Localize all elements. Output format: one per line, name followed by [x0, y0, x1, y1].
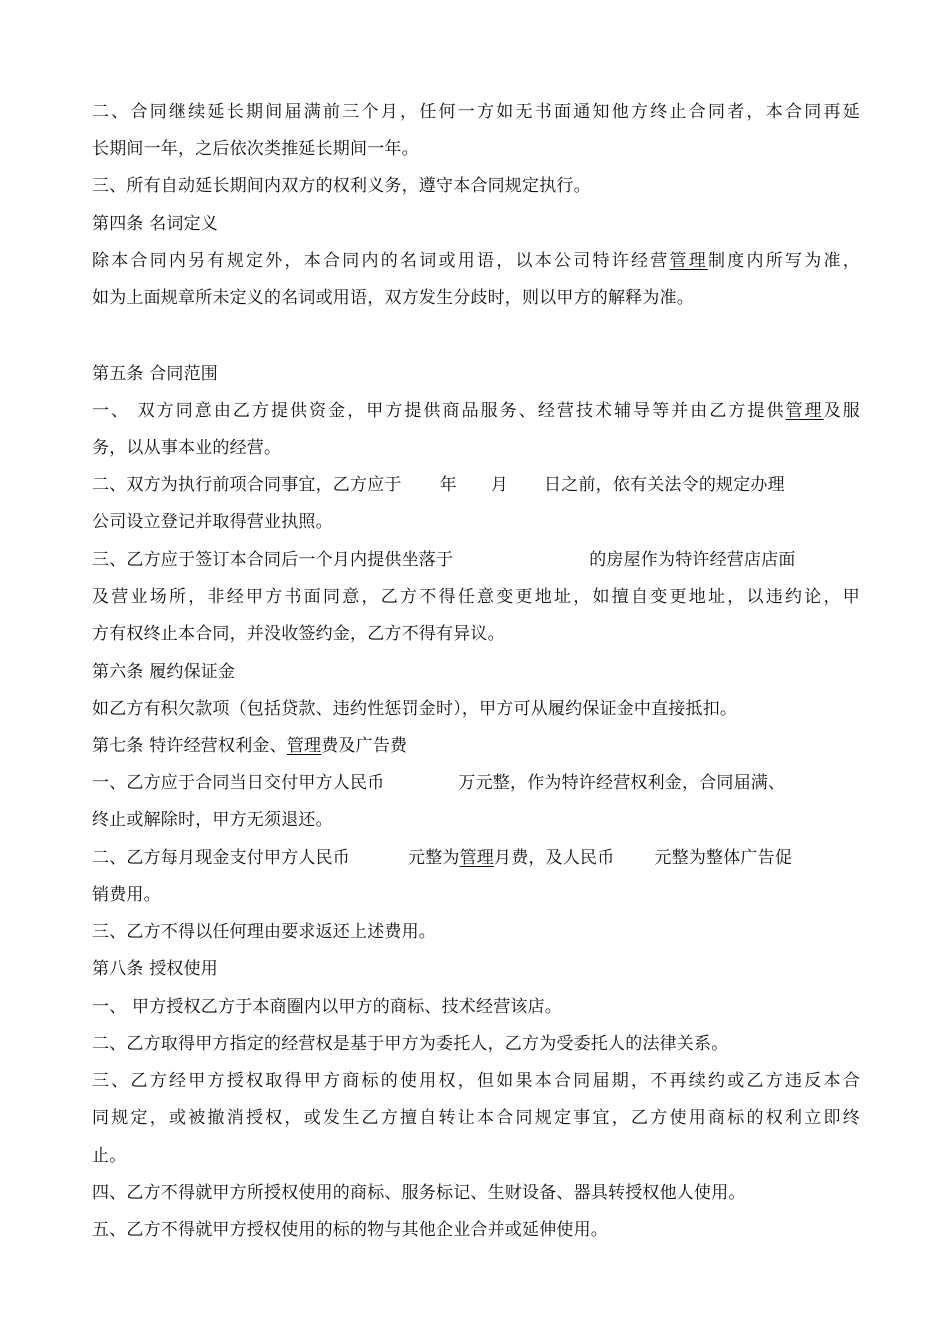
- line-text: 同规定，或被撤消授权，或发生乙方擅自转让本合同规定事宜，乙方使用商标的权利立即终: [92, 1108, 860, 1128]
- line-text: 五、乙方不得就甲方授权使用的标的物与其他企业合并或延伸使用。: [92, 1220, 608, 1240]
- article-heading-7: 第七条 特许经营权利金、管理费及广告费: [92, 735, 860, 757]
- line-text: 三、乙方不得以任何理由要求返还上述费用。: [92, 922, 436, 942]
- line-text: 元整为: [408, 848, 460, 868]
- paragraph-line: 二、合同继续延长期间届满前三个月，任何一方如无书面通知他方终止合同者，本合同再延: [92, 101, 860, 123]
- paragraph-line: 二、乙方取得甲方指定的经营权是基于甲方为委托人，乙方为受委托人的法律关系。: [92, 1033, 860, 1055]
- paragraph-line: 销费用。: [92, 884, 860, 906]
- heading-text: 第四条 名词定义: [92, 214, 218, 234]
- line-text: 如乙方有积欠款项（包括贷款、违约性惩罚金时），甲方可从履约保证金中直接抵扣。: [92, 699, 737, 719]
- paragraph-line: 止。: [92, 1145, 860, 1167]
- line-text: 长期间一年，之后依次类推延长期间一年。: [92, 139, 419, 159]
- line-text: 务，以从事本业的经营。: [92, 438, 281, 458]
- paragraph-line: 一、乙方应于合同当日交付甲方人民币万元整，作为特许经营权利金，合同届满、: [92, 772, 860, 794]
- line-text: 月费，及人民币: [494, 848, 614, 868]
- line-text: 三、乙方经甲方授权取得甲方商标的使用权，但如果本合同届期，不再续约或乙方违反本合: [92, 1071, 860, 1091]
- line-text: 三、乙方应于签订本合同后一个月内提供坐落于: [92, 550, 453, 570]
- paragraph-line: 公司设立登记并取得营业执照。: [92, 511, 860, 533]
- paragraph-line: 终止或解除时，甲方无须退还。: [92, 809, 860, 831]
- paragraph-line: 及营业场所，非经甲方书面同意，乙方不得任意变更地址，如擅自变更地址，以违约论，甲: [92, 586, 860, 608]
- line-text: 除本合同内另有规定外，本合同内的名词或用语，以本公司特许经营: [92, 251, 670, 271]
- line-text: 销费用。: [92, 885, 161, 905]
- line-text: 制度内所写为准，: [708, 251, 860, 271]
- line-text: 二、乙方每月现金支付甲方人民币: [92, 848, 350, 868]
- line-text: 终止或解除时，甲方无须退还。: [92, 810, 333, 830]
- article-heading-5: 第五条 合同范围: [92, 363, 860, 385]
- paragraph-line: 四、乙方不得就甲方所授权使用的商标、服务标记、生财设备、器具转授权他人使用。: [92, 1182, 860, 1204]
- line-text: 二、乙方取得甲方指定的经营权是基于甲方为委托人，乙方为受委托人的法律关系。: [92, 1034, 728, 1054]
- underlined-term: 管理: [786, 401, 824, 421]
- line-text: 二、合同继续延长期间届满前三个月，任何一方如无书面通知他方终止合同者，本合同再延: [92, 102, 860, 122]
- heading-text: 第六条 履约保证金: [92, 662, 235, 682]
- paragraph-line: 三、乙方不得以任何理由要求返还上述费用。: [92, 921, 860, 943]
- line-text: 日之前，依有关法令的规定办理: [544, 475, 785, 495]
- paragraph-line: 三、所有自动延长期间内双方的权利义务，遵守本合同规定执行。: [92, 175, 860, 197]
- underlined-term: 管理: [287, 736, 321, 756]
- paragraph-line: 二、乙方每月现金支付甲方人民币元整为管理月费，及人民币元整为整体广告促: [92, 847, 860, 869]
- line-text: 一、 双方同意由乙方提供资金，甲方提供商品服务、经营技术辅导等并由乙方提供: [92, 401, 786, 421]
- line-text: 如为上面规章所未定义的名词或用语，双方发生分歧时，则以甲方的解释为准。: [92, 288, 694, 308]
- paragraph-line: 三、乙方应于签订本合同后一个月内提供坐落于的房屋作为特许经营店店面: [92, 549, 860, 571]
- line-text: 一、 甲方授权乙方于本商圈内以甲方的商标、技术经营该店。: [92, 997, 562, 1017]
- line-text: 万元整，作为特许经营权利金，合同届满、: [458, 773, 785, 793]
- paragraph-line: 一、 双方同意由乙方提供资金，甲方提供商品服务、经营技术辅导等并由乙方提供管理及…: [92, 400, 860, 422]
- line-text: 四、乙方不得就甲方所授权使用的商标、服务标记、生财设备、器具转授权他人使用。: [92, 1183, 746, 1203]
- line-text: 一、乙方应于合同当日交付甲方人民币: [92, 773, 384, 793]
- article-heading-6: 第六条 履约保证金: [92, 661, 860, 683]
- line-text: 及服: [824, 401, 860, 421]
- line-text: 方有权终止本合同，并没收签约金，乙方不得有异议。: [92, 624, 505, 644]
- line-text: 年: [440, 475, 457, 495]
- paragraph-line: 五、乙方不得就甲方授权使用的标的物与其他企业合并或延伸使用。: [92, 1219, 860, 1241]
- paragraph-line: 二、双方为执行前项合同事宜，乙方应于年月日之前，依有关法令的规定办理: [92, 474, 860, 496]
- paragraph-line: 方有权终止本合同，并没收签约金，乙方不得有异议。: [92, 623, 860, 645]
- heading-text: 费及广告费: [321, 736, 407, 756]
- line-text: 三、所有自动延长期间内双方的权利义务，遵守本合同规定执行。: [92, 176, 591, 196]
- line-text: 公司设立登记并取得营业执照。: [92, 512, 333, 532]
- paragraph-line: 长期间一年，之后依次类推延长期间一年。: [92, 138, 860, 160]
- underlined-term: 管理: [460, 848, 494, 868]
- heading-text: 第五条 合同范围: [92, 364, 218, 384]
- paragraph-line: 如乙方有积欠款项（包括贷款、违约性惩罚金时），甲方可从履约保证金中直接抵扣。: [92, 698, 860, 720]
- paragraph-line: 务，以从事本业的经营。: [92, 437, 860, 459]
- line-text: 的房屋作为特许经营店店面: [589, 550, 795, 570]
- line-text: 二、双方为执行前项合同事宜，乙方应于: [92, 475, 402, 495]
- line-text: 及营业场所，非经甲方书面同意，乙方不得任意变更地址，如擅自变更地址，以违约论，甲: [92, 587, 860, 607]
- heading-text: 第七条 特许经营权利金、: [92, 736, 287, 756]
- heading-text: 第八条 授权使用: [92, 959, 218, 979]
- article-heading-4: 第四条 名词定义: [92, 213, 860, 235]
- article-heading-8: 第八条 授权使用: [92, 958, 860, 980]
- underlined-term: 管理: [670, 251, 709, 271]
- paragraph-line: 除本合同内另有规定外，本合同内的名词或用语，以本公司特许经营管理制度内所写为准，: [92, 250, 860, 272]
- line-text: 止。: [92, 1146, 126, 1166]
- document-page: 二、合同继续延长期间届满前三个月，任何一方如无书面通知他方终止合同者，本合同再延…: [0, 0, 950, 1344]
- line-text: 月: [491, 475, 508, 495]
- paragraph-line: 一、 甲方授权乙方于本商圈内以甲方的商标、技术经营该店。: [92, 996, 860, 1018]
- paragraph-line: 三、乙方经甲方授权取得甲方商标的使用权，但如果本合同届期，不再续约或乙方违反本合: [92, 1070, 860, 1092]
- paragraph-line: 如为上面规章所未定义的名词或用语，双方发生分歧时，则以甲方的解释为准。: [92, 287, 860, 309]
- paragraph-line: 同规定，或被撤消授权，或发生乙方擅自转让本合同规定事宜，乙方使用商标的权利立即终: [92, 1107, 860, 1129]
- line-text: 元整为整体广告促: [654, 848, 792, 868]
